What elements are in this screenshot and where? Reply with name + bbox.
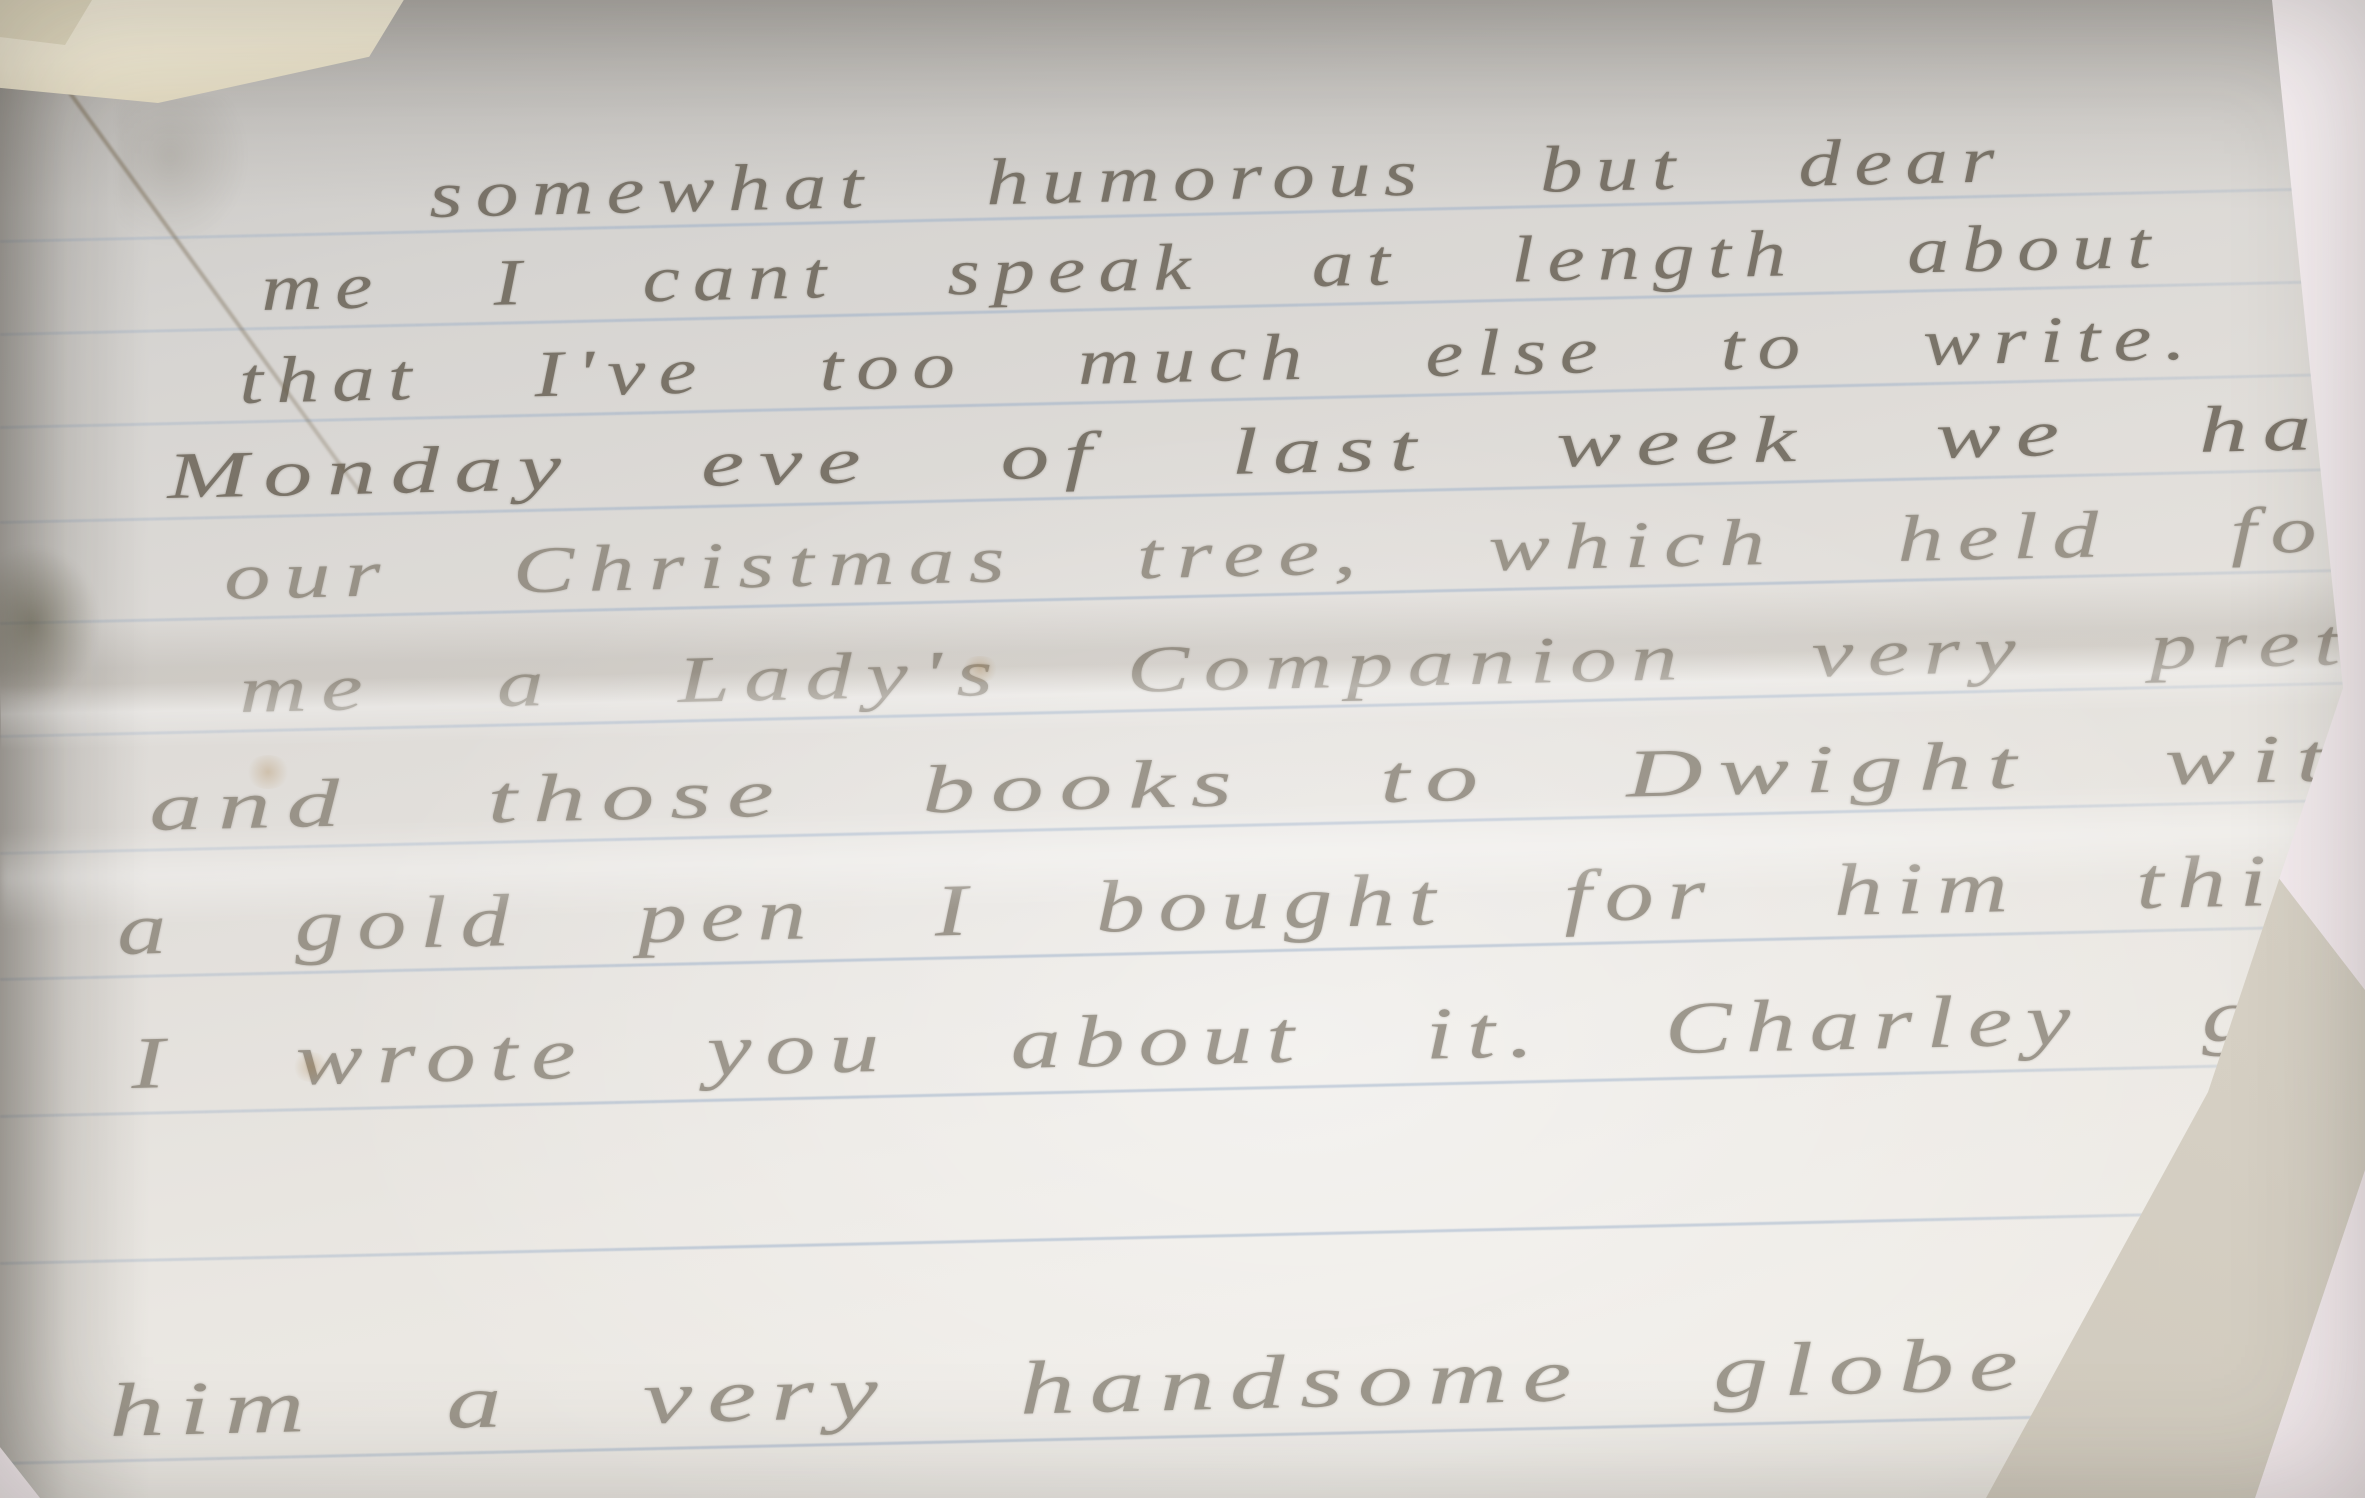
letter-photograph: somewhat humorous but dear me I cant spe… (0, 0, 2365, 1498)
photo-vignette (0, 0, 2365, 1498)
